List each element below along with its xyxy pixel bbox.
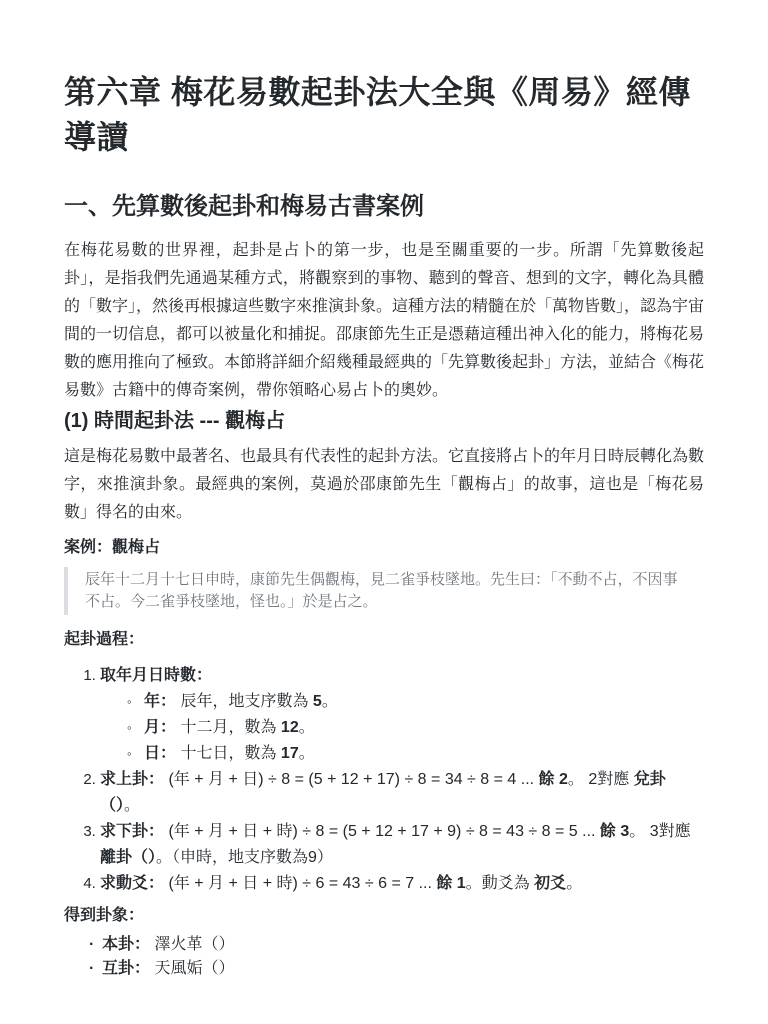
step-1-sublist: 年： 辰年，地支序數為 5。 月： 十二月，數為 12。 日： 十七日，數為 1… [100, 689, 704, 767]
process-label: 起卦過程： [64, 627, 704, 653]
substep-year: 年： 辰年，地支序數為 5。 [144, 689, 704, 715]
document-page: 第六章 梅花易數起卦法大全與《周易》經傳導讀 一、先算數後起卦和梅易古書案例 在… [0, 0, 768, 1024]
case-label: 案例：觀梅占 [64, 535, 704, 561]
substep-text: 年： 辰年，地支序數為 5。 [144, 693, 338, 710]
step-text: 取年月日時數： [100, 667, 212, 684]
result-text: 互卦： 天風姤（） [102, 960, 234, 977]
result-item-hu-gua: 互卦： 天風姤（） [102, 957, 704, 981]
substep-day: 日： 十七日，數為 17。 [144, 741, 704, 767]
hexagram-results-list: 本卦： 澤火革（） 互卦： 天風姤（） [64, 933, 704, 981]
chapter-title: 第六章 梅花易數起卦法大全與《周易》經傳導讀 [64, 70, 704, 160]
substep-month: 月： 十二月，數為 12。 [144, 715, 704, 741]
result-item-ben-gua: 本卦： 澤火革（） [102, 933, 704, 957]
step-item-1: 取年月日時數： 年： 辰年，地支序數為 5。 月： 十二月，數為 12。 日： … [100, 663, 704, 767]
substep-text: 日： 十七日，數為 17。 [144, 745, 315, 762]
step-item-3: 求下卦： (年 + 月 + 日 + 時) ÷ 8 = (5 + 12 + 17 … [100, 819, 704, 871]
step-text: 求動爻： (年 + 月 + 日 + 時) ÷ 6 = 43 ÷ 6 = 7 ..… [100, 875, 582, 892]
step-item-2: 求上卦： (年 + 月 + 日) ÷ 8 = (5 + 12 + 17) ÷ 8… [100, 767, 704, 819]
step-text: 求上卦： (年 + 月 + 日) ÷ 8 = (5 + 12 + 17) ÷ 8… [100, 771, 666, 814]
subsection-paragraph: 這是梅花易數中最著名、也最具有代表性的起卦方法。它直接將占卜的年月日時辰轉化為數… [64, 443, 704, 527]
step-text: 求下卦： (年 + 月 + 日 + 時) ÷ 8 = (5 + 12 + 17 … [100, 823, 691, 866]
process-steps-list: 取年月日時數： 年： 辰年，地支序數為 5。 月： 十二月，數為 12。 日： … [64, 663, 704, 897]
case-quote-text: 辰年十二月十七日申時，康節先生偶觀梅，見二雀爭枝墜地。先生曰：「不動不占，不因事… [85, 569, 688, 613]
result-text: 本卦： 澤火革（） [102, 936, 234, 953]
result-label: 得到卦象： [64, 903, 704, 929]
substep-text: 月： 十二月，數為 12。 [144, 719, 315, 736]
section-intro-paragraph: 在梅花易數的世界裡，起卦是占卜的第一步，也是至關重要的一步。所謂「先算數後起卦」… [64, 237, 704, 405]
step-item-4: 求動爻： (年 + 月 + 日 + 時) ÷ 6 = 43 ÷ 6 = 7 ..… [100, 871, 704, 897]
case-quote: 辰年十二月十七日申時，康節先生偶觀梅，見二雀爭枝墜地。先生曰：「不動不占，不因事… [64, 567, 704, 615]
section-heading: 一、先算數後起卦和梅易古書案例 [64, 190, 704, 223]
subsection-heading: (1) 時間起卦法 --- 觀梅占 [64, 407, 704, 435]
